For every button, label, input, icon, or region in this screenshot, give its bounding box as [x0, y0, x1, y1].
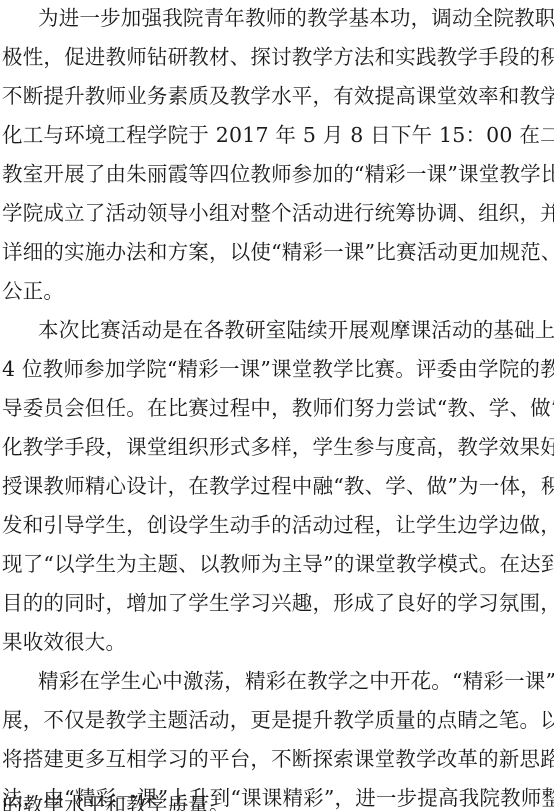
paragraph-3-line-5: 的教学水平和教学质量。 [2, 793, 552, 811]
paragraph-2-line-1: 本次比赛活动是在各教研室陆续开展观摩课活动的基础上，选拔 [38, 318, 552, 342]
paragraph-1-line-1: 为进一步加强我院青年教师的教学基本功，调动全院教职工的积 [38, 6, 552, 30]
paragraph-3-line-2: 展，不仅是教学主题活动，更是提升教学质量的点睛之笔。以后我院 [2, 708, 552, 732]
paragraph-2-line-5: 授课教师精心设计，在教学过程中融“教、学、做”为一体，积极启 [2, 474, 552, 498]
paragraph-1-line-2: 极性，促进教师钻研教材、探讨教学方法和实践教学手段的积极性， [2, 45, 552, 69]
paragraph-2-line-6: 发和引导学生，创设学生动手的活动过程，让学生边学边做，充分体 [2, 513, 552, 537]
paragraph-2-line-3: 导委员会但任。在比赛过程中，教师们努力尝试“教、学、做”一体 [2, 396, 552, 420]
paragraph-3-line-3: 将搭建更多互相学习的平台，不断探索课堂教学改革的新思路、新方 [2, 747, 552, 771]
paragraph-1-line-8: 公正。 [2, 279, 552, 303]
paragraph-2-line-7: 现了“以学生为主题、以教师为主导”的课堂教学模式。在达到教学 [2, 552, 552, 576]
paragraph-1-line-5: 教室开展了由朱丽霞等四位教师参加的“精彩一课”课堂教学比赛， [2, 162, 552, 186]
paragraph-1-line-7: 详细的实施办法和方案，以使“精彩一课”比赛活动更加规范、公平、 [2, 240, 552, 264]
paragraph-3-line-1: 精彩在学生心中激荡，精彩在教学之中开花。“精彩一课”的开 [38, 669, 552, 693]
paragraph-2-line-4: 化教学手段，课堂组织形式多样，学生参与度高，教学效果好。部分 [2, 435, 552, 459]
paragraph-2-line-2: 4 位教师参加学院“精彩一课”课堂教学比赛。评委由学院的教学指 [2, 357, 552, 381]
paragraph-2-line-9: 果收效很大。 [2, 630, 552, 654]
paragraph-1-line-3: 不断提升教师业务素质及教学水平，有效提高课堂效率和教学质量， [2, 84, 552, 108]
paragraph-1-line-4: 化工与环境工程学院于 2017 年 5 月 8 日下午 15：00 在二教 50… [2, 123, 552, 147]
paragraph-1-line-6: 学院成立了活动领导小组对整个活动进行统筹协调、组织，并制定出 [2, 201, 552, 225]
paragraph-2-line-8: 目的的同时，增加了学生学习兴趣，形成了良好的学习氛围，教学效 [2, 591, 552, 615]
